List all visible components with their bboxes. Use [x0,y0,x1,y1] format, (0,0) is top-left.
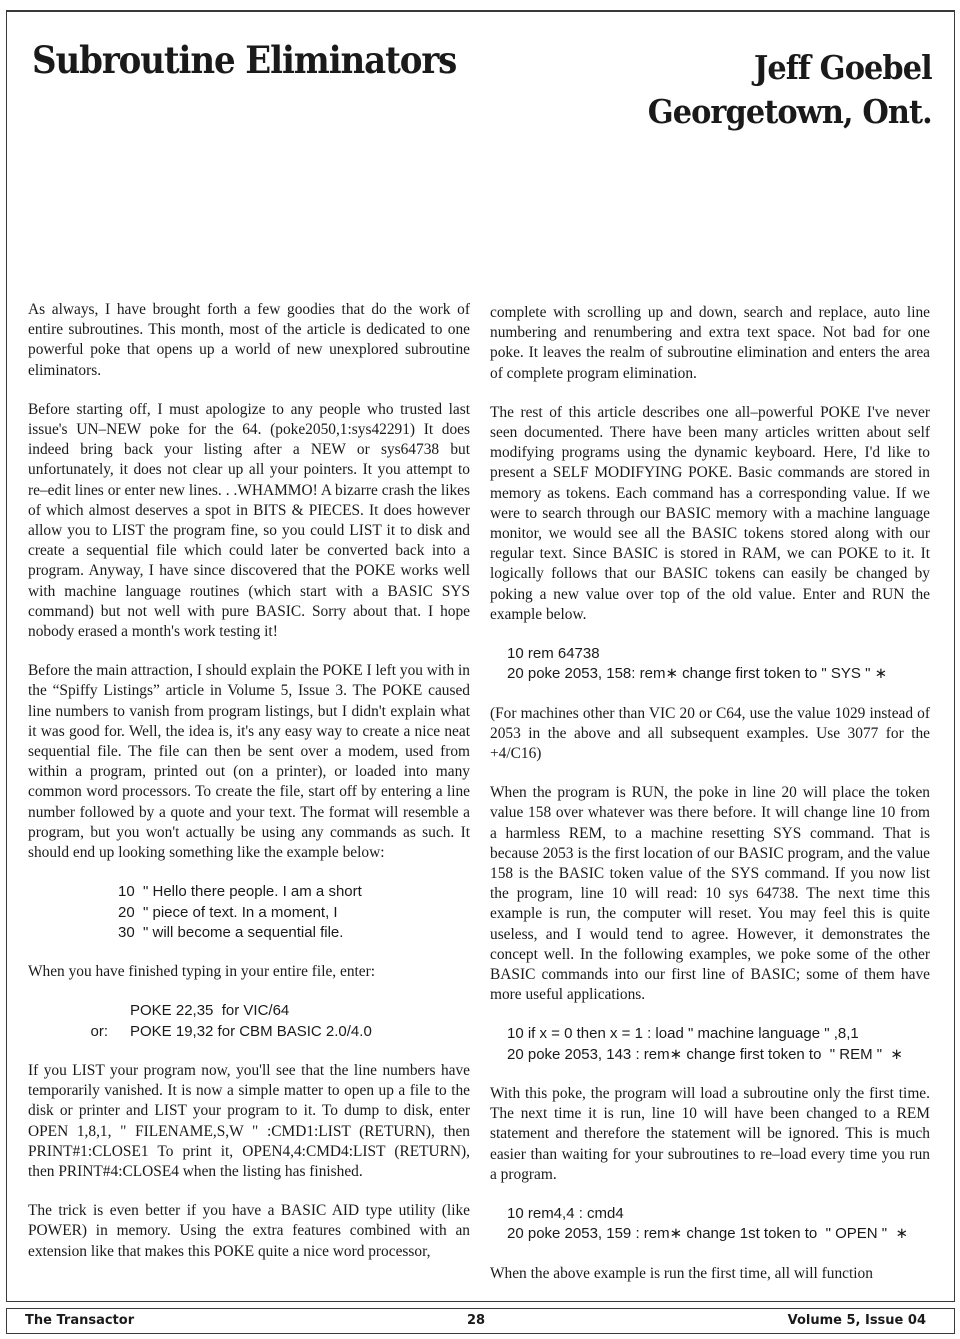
code-line: 10 if x = 0 then x = 1 : load " machine … [507,1024,930,1044]
right-column: complete with scrolling up and down, sea… [490,303,930,1303]
paragraph: With this poke, the program will load a … [490,1084,930,1185]
poke-option: or: POKE 19,32 for CBM BASIC 2.0/4.0 [28,1022,470,1042]
paragraph: When you have finished typing in your en… [28,962,470,982]
poke-option: POKE 22,35 for VIC/64 [28,1001,470,1021]
code-listing-sys-example: 10 rem 64738 20 poke 2053, 158: rem∗ cha… [490,644,930,685]
code-poke-options: POKE 22,35 for VIC/64 or: POKE 19,32 for… [28,1001,470,1042]
code-line: 20 poke 2053, 159 : rem∗ change 1st toke… [507,1224,930,1244]
paragraph: When the above example is run the first … [490,1264,930,1284]
footer-issue: Volume 5, Issue 04 [788,1313,926,1328]
author-location: Georgetown, Ont. [648,90,932,134]
page-footer: The Transactor 28 Volume 5, Issue 04 [6,1308,955,1334]
article-title: Subroutine Eliminators [32,38,456,82]
paragraph: Before starting off, I must apologize to… [28,400,470,642]
code-line: 20 " piece of text. In a moment, I [118,903,470,923]
paragraph: If you LIST your program now, you'll see… [28,1061,470,1182]
paragraph: Before the main attraction, I should exp… [28,661,470,863]
code-line: 20 poke 2053, 143 : rem∗ change first to… [507,1045,930,1065]
code-listing-sequential-file: 10 " Hello there people. I am a short 20… [28,882,470,943]
paragraph: (For machines other than VIC 20 or C64, … [490,704,930,765]
code-listing-open-example: 10 rem4,4 : cmd4 20 poke 2053, 159 : rem… [490,1204,930,1245]
footer-publication: The Transactor [25,1313,134,1328]
code-listing-rem-example: 10 if x = 0 then x = 1 : load " machine … [490,1024,930,1065]
left-column: As always, I have brought forth a few go… [28,300,470,1281]
paragraph: When the program is RUN, the poke in lin… [490,783,930,1005]
code-line: 30 " will become a sequential file. [118,923,470,943]
code-line: 10 rem4,4 : cmd4 [507,1204,930,1224]
poke-option-prefix [28,1001,130,1021]
paragraph: As always, I have brought forth a few go… [28,300,470,381]
paragraph: complete with scrolling up and down, sea… [490,303,930,384]
code-line: 10 rem 64738 [507,644,930,664]
poke-option-prefix: or: [28,1022,130,1042]
poke-option-text: POKE 19,32 for CBM BASIC 2.0/4.0 [130,1022,372,1042]
poke-option-text: POKE 22,35 for VIC/64 [130,1001,289,1021]
code-line: 10 " Hello there people. I am a short [118,882,470,902]
paragraph: The trick is even better if you have a B… [28,1201,470,1262]
byline: Jeff Goebel Georgetown, Ont. [648,46,932,134]
author-name: Jeff Goebel [648,46,932,90]
code-line: 20 poke 2053, 158: rem∗ change first tok… [507,664,930,684]
paragraph: The rest of this article describes one a… [490,403,930,625]
footer-page-number: 28 [467,1313,485,1328]
